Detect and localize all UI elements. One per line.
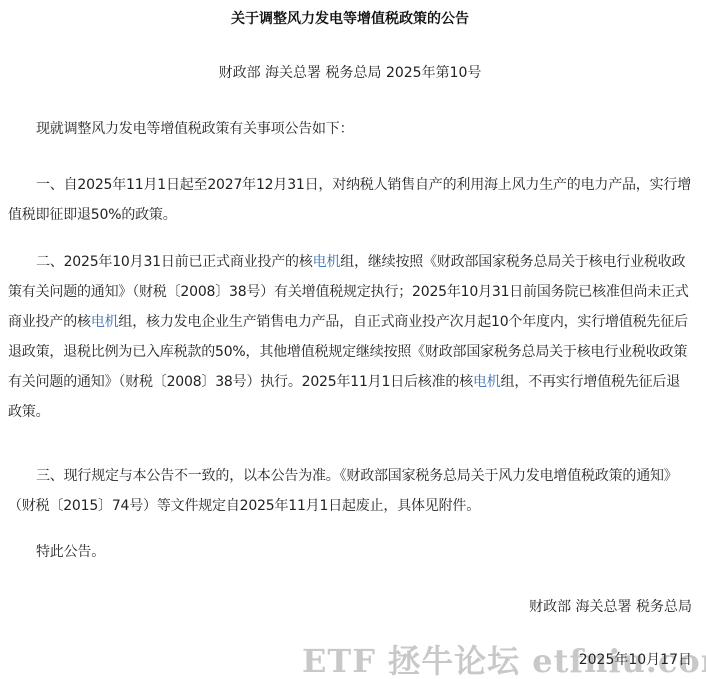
keyword-link-motor-1[interactable]: 电机 — [313, 254, 341, 270]
section-2-text-1: 二、2025年10月31日前已正式商业投产的核 — [36, 254, 313, 270]
keyword-link-motor-2[interactable]: 电机 — [91, 314, 119, 330]
closing-paragraph: 特此公告。 — [8, 537, 692, 567]
document-title: 关于调整风力发电等增值税政策的公告 — [8, 9, 692, 29]
section-2-paragraph: 二、2025年10月31日前已正式商业投产的核电机组，继续按照《财政部国家税务总… — [8, 247, 692, 427]
keyword-link-motor-3[interactable]: 电机 — [473, 374, 501, 390]
document-number: 财政部 海关总署 税务总局 2025年第10号 — [8, 63, 692, 83]
signatories: 财政部 海关总署 税务总局 — [529, 597, 692, 617]
section-3-paragraph: 三、现行规定与本公告不一致的，以本公告为准。《财政部国家税务总局关于风力发电增值… — [8, 461, 692, 521]
intro-paragraph: 现就调整风力发电等增值税政策有关事项公告如下： — [8, 114, 692, 144]
section-1-paragraph: 一、自2025年11月1日起至2027年12月31日，对纳税人销售自产的利用海上… — [8, 170, 692, 230]
document-date: 2025年10月17日 — [579, 650, 692, 670]
